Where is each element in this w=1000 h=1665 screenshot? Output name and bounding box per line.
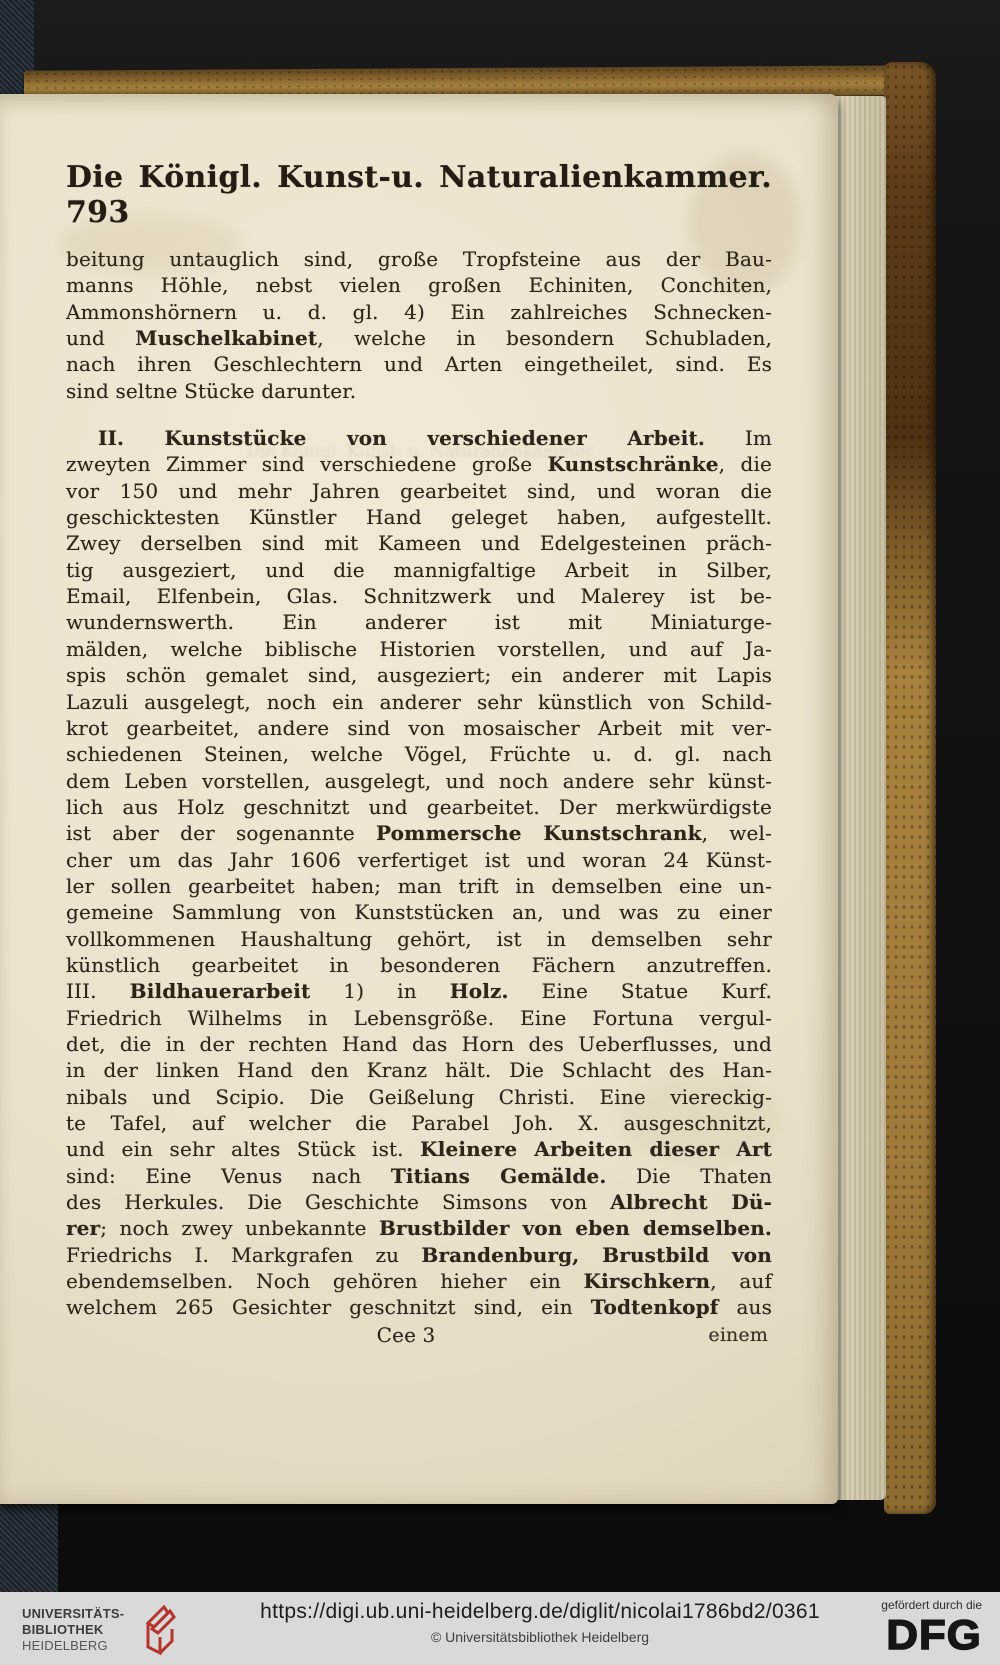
- text-line: Lazuli ausgelegt, noch ein anderer sehr …: [66, 689, 772, 715]
- text-line: geschicktesten Künstler Hand geleget hab…: [66, 504, 772, 530]
- funder-note: gefördert durch die: [881, 1598, 982, 1612]
- paragraph-1: beitung untauglich sind, große Tropfstei…: [66, 246, 772, 404]
- text-line: wundernswerth. Ein anderer ist mit Minia…: [66, 609, 772, 635]
- library-name-line: BIBLIOTHEK: [22, 1622, 124, 1638]
- footer-center: https://digi.ub.uni-heidelberg.de/diglit…: [230, 1600, 850, 1645]
- text-line: Friedrichs I. Markgrafen zu Brandenburg,…: [66, 1242, 772, 1268]
- text-line: ist aber der sogenannte Pommersche Kunst…: [66, 820, 772, 846]
- text-line: II. Kunststücke von verschiedener Arbeit…: [66, 425, 772, 451]
- open-book-icon: [134, 1603, 180, 1657]
- text-line: nibals und Scipio. Die Geißelung Christi…: [66, 1084, 772, 1110]
- text-line: krot gearbeitet, andere sind von mosaisc…: [66, 715, 772, 741]
- page-block-fore-edge: [834, 96, 886, 1500]
- text-line: zweyten Zimmer sind verschiedene große K…: [66, 451, 772, 477]
- dfg-logo: DFG: [877, 1613, 982, 1657]
- signature-mark: Cee 3: [377, 1322, 436, 1348]
- text-line: sind: Eine Venus nach Titians Gemälde. D…: [66, 1163, 772, 1189]
- text-line: Friedrich Wilhelms in Lebensgröße. Eine …: [66, 1005, 772, 1031]
- text-line: beitung untauglich sind, große Tropfstei…: [66, 246, 772, 272]
- library-name-line: UNIVERSITÄTS-: [22, 1606, 124, 1622]
- text-line: und ein sehr altes Stück ist. Kleinere A…: [66, 1136, 772, 1162]
- text-block: beitung untauglich sind, große Tropfstei…: [66, 246, 772, 1349]
- text-line: Zwey derselben sind mit Kameen und Edelg…: [66, 530, 772, 556]
- text-line: nach ihren Geschlechtern und Arten einge…: [66, 351, 772, 377]
- paragraph-2: II. Kunststücke von verschiedener Arbeit…: [66, 425, 772, 1321]
- text-line: ler sollen gearbeitet haben; man trift i…: [66, 873, 772, 899]
- text-line: vollkommenen Haushaltung gehört, ist in …: [66, 926, 772, 952]
- text-line: cher um das Jahr 1606 verfertiget ist un…: [66, 847, 772, 873]
- text-line: mälden, welche biblische Historien vorst…: [66, 636, 772, 662]
- page-header: Die Königl. Kunst-u. Naturalienkammer. 7…: [66, 160, 772, 230]
- text-line: schiedenen Steinen, welche Vögel, Frücht…: [66, 741, 772, 767]
- copyright-note: © Universitätsbibliothek Heidelberg: [230, 1629, 850, 1645]
- text-line: III. Bildhauerarbeit 1) in Holz. Eine St…: [66, 978, 772, 1004]
- text-line: des Herkules. Die Geschichte Simsons von…: [66, 1189, 772, 1215]
- catchword: einem: [708, 1322, 768, 1348]
- text-line: lich aus Holz geschnitzt und gearbeitet.…: [66, 794, 772, 820]
- scan-permalink: https://digi.ub.uni-heidelberg.de/diglit…: [230, 1600, 850, 1624]
- footer-bar: UNIVERSITÄTS- BIBLIOTHEK HEIDELBERG http…: [0, 1592, 1000, 1665]
- text-line: in der linken Hand den Kranz hält. Die S…: [66, 1057, 772, 1083]
- text-line: spis schön gemalet sind, ausgeziert; ein…: [66, 662, 772, 688]
- text-line: gemeine Sammlung von Kunststücken an, un…: [66, 899, 772, 925]
- text-line: künstlich gearbeitet in besonderen Fäche…: [66, 952, 772, 978]
- text-line: Email, Elfenbein, Glas. Schnitzwerk und …: [66, 583, 772, 609]
- paragraph-gap: [66, 404, 772, 425]
- text-line: Ammonshörnern u. d. gl. 4) Ein zahlreich…: [66, 299, 772, 325]
- signature-line: Cee 3 einem: [66, 1322, 772, 1349]
- text-line: und Muschelkabinet, welche in besondern …: [66, 325, 772, 351]
- scan-root: Die Königl. Kunst-u. Naturalienkammer. 7…: [0, 0, 1000, 1665]
- text-line: welchem 265 Gesichter geschnitzt sind, e…: [66, 1294, 772, 1320]
- text-line: sind seltne Stücke darunter.: [66, 378, 772, 404]
- leather-binding-edge: [884, 62, 936, 1514]
- text-line: manns Höhle, nebst vielen großen Echinit…: [66, 272, 772, 298]
- funder-block: gefördert durch die DFG: [881, 1598, 982, 1657]
- text-line: det, die in der rechten Hand das Horn de…: [66, 1031, 772, 1057]
- text-line: rer; noch zwey unbekannte Brustbilder vo…: [66, 1215, 772, 1241]
- text-line: vor 150 und mehr Jahren gearbeitet sind,…: [66, 478, 772, 504]
- text-line: tig ausgeziert, und die mannigfaltige Ar…: [66, 557, 772, 583]
- library-logo-text: UNIVERSITÄTS- BIBLIOTHEK HEIDELBERG: [22, 1606, 124, 1654]
- text-line: ebendemselben. Noch gehören hieher ein K…: [66, 1268, 772, 1294]
- text-line: dem Leben vorstellen, ausgelegt, und noc…: [66, 768, 772, 794]
- library-logo-block: UNIVERSITÄTS- BIBLIOTHEK HEIDELBERG: [22, 1603, 180, 1657]
- library-name-line: HEIDELBERG: [22, 1638, 124, 1654]
- text-line: te Tafel, auf welcher die Parabel Joh. X…: [66, 1110, 772, 1136]
